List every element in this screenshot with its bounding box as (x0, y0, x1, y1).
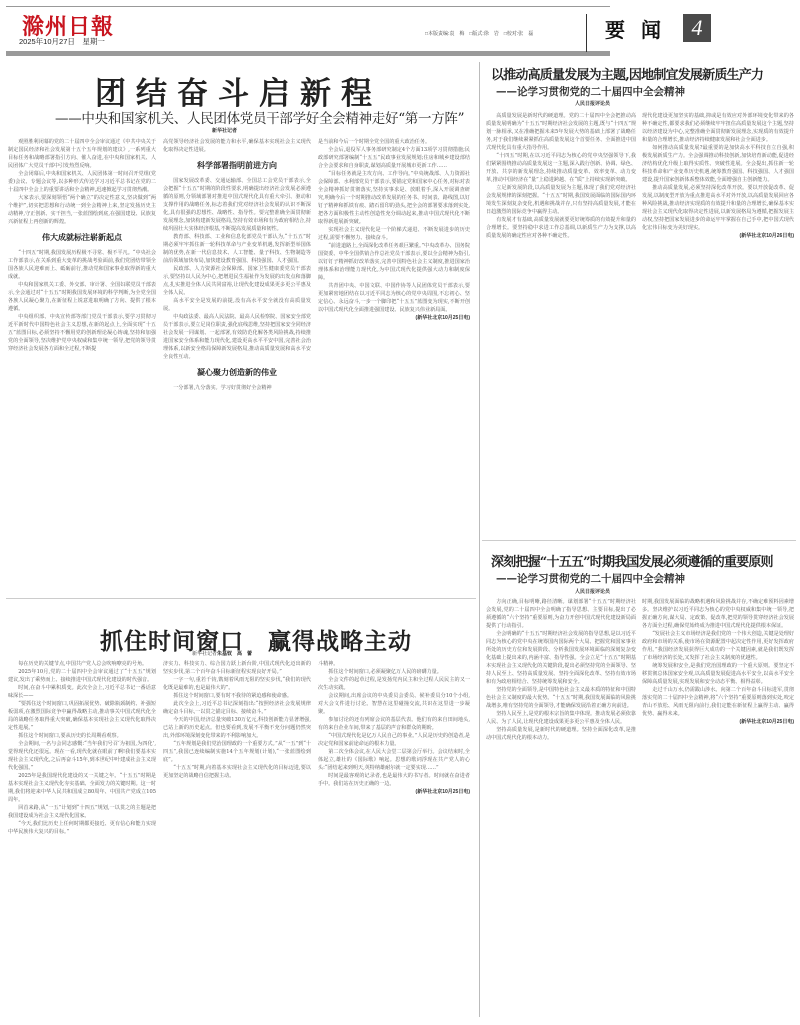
paragraph: “十五五”时期,向着基本实现社会主义现代化的目标迈进,要以更加坚定的战略自信把握… (163, 764, 311, 780)
article3-column-1: 方向正确,目标明晰,路径清晰。谋划部署“十五五”时期经济社会发展,党的二十届四中… (486, 598, 636, 1018)
paragraph: “五年规划是我们党治国理政的一个重要方式。”从“一五”到“十四五”,我国已连续编… (163, 740, 311, 764)
article1-subheadline: ——中央和国家机关、人民团体党员干部学好全会精神走好“第一方阵” (55, 107, 464, 127)
article2-byline: 人民日报评论员 (575, 100, 610, 107)
paragraph: 现代化建设更加坚实的基础,抑或是有效应对外部环境变化带来的各种不确定性,都要求我… (642, 112, 794, 144)
paragraph: 第二次全体会议,在人民大会堂二层第会厅举行。会议结束时,全体起立,雄壮的《国际歌… (318, 748, 470, 772)
paragraph: “目标任务就是主攻方向、工作导向。”中央统战部、人力资源社会保障部、水利部党员干… (318, 170, 470, 226)
paragraph: 实现社会主义现代化是一个阶梯式递进、不断发展进步的历史过程,需要不懈努力、接续奋… (318, 226, 470, 242)
masthead-rule-right (310, 51, 610, 56)
header-divider (586, 14, 587, 52)
paragraph: 一分部署,九分落实。学习好贯彻好全会精神 (163, 384, 311, 392)
paragraph: “要抓住这个时间窗口,巩固拓展优势、破除瓶颈制约、补强短板弱项,在激烈国际竞争中… (8, 700, 156, 732)
byline-names: 朱基钗 高 蕾 (217, 651, 252, 657)
paragraph: 观照胜利闭幕的党的二十届四中全会审议通过《中共中央关于制定国民经济和社会发展第十… (8, 138, 156, 170)
paragraph: 共青团中央、中国文联、中国作协等人民团体党员干部表示,要更加紧密地团结在以习近平… (318, 282, 470, 314)
article1-column-2: 高党领导经济社会发展的能力和水平,确保基本实现社会主义现代化取得决定性进展。 科… (163, 138, 311, 593)
paragraph: 坚持人民至上,是党的根本宗旨的集中体现。推动发展必须依靠人民、为了人民,让现代化… (486, 710, 636, 726)
article4-column-3: 斗精神。 抓住这个时间窗口,必须凝聚亿万人民的磅礴力量。 全会文件的起草过程,是… (318, 660, 470, 1018)
article-divider-right (482, 540, 796, 541)
paragraph: 时期,我国发展面临的战略机遇和风险挑战并存,不确定难预料因素增多。坚决维护以习近… (642, 598, 794, 630)
paragraph: 中央政法委、最高人民法院、最高人民检察院、国家安全部党员干部表示,要立足岗位职责… (163, 313, 311, 361)
paragraph: 如何推动高质量发展?最重要的是加快高水平科技自立自强,积极发展新质生产力。全会强… (642, 144, 794, 184)
page-number-badge: 4 (683, 14, 711, 42)
paragraph: 高党领导经济社会发展的能力和水平,确保基本实现社会主义现代化取得决定性进展。 (163, 138, 311, 154)
paragraph: 全会明确的“十五五”时期经济社会发展的指导思想,是以习近平同志为核心的党中央在统… (486, 630, 636, 686)
section-title: 要闻 (605, 14, 677, 43)
editor-credits: □本版责编:袁 梅 □版式:徐 岩 □校对:张 磊 (425, 30, 533, 37)
dateline: (新华社北京10月25日电) (642, 718, 794, 726)
paragraph: 2025年10月,党的二十届四中全会审议通过了“十五五”规划建议,发出了乘势而上… (8, 668, 156, 684)
paragraph: 方向正确,目标明晰,路径清晰。谋划部署“十五五”时期经济社会发展,党的二十届四中… (486, 598, 636, 630)
paragraph: 2025年是我国现代化建设的又一关键之年。“十五五”时期是基本实现社会主义现代化… (8, 772, 156, 804)
paragraph: 全会后,退役军人事务部研究制定4个方面13项学习贯彻措施;民政部研究部署编制“十… (318, 146, 470, 170)
issue-date: 2025年10月27日 星期一 (19, 36, 105, 47)
paragraph: 走过千山万水,仍需跋山涉水。向第二个百年奋斗目标进军,贯彻落实党的二十届四中全会… (642, 686, 794, 718)
paragraph: 统筹发展和安全,是我们党治国理政的一个重大原则。要坚定不移贯彻总体国家安全观,以… (642, 662, 794, 686)
paragraph: 中央和国家机关工委、外交部、审计署、全国妇联党员干部表示,全会通过对“十五五”时… (8, 281, 156, 313)
paragraph: “十四五”时期,我国发展历程极不寻常、极不平凡。“中央社会工作部表示,在关系到重… (8, 249, 156, 281)
paragraph: 每在历史的关键节点,中国共产党人总会吹响嘹亮的号角。 (8, 660, 156, 668)
paragraph: 抓住这个时间窗口,要有时不我待的紧迫感和使命感。 (163, 692, 311, 700)
paragraph: 会议期间,出席会议的中央委员会委员、候补委员分10个小组,对大会文件进行讨论。智… (318, 692, 470, 716)
column-divider (479, 62, 480, 1017)
article2-subheadline: ——论学习贯彻党的二十届四中全会精神 (496, 84, 685, 99)
dateline: (新华社北京10月26日电) (642, 232, 794, 240)
article2-column-2: 现代化建设更加坚实的基础,抑或是有效应对外部环境变化带来的各种不确定性,都要求我… (642, 112, 794, 534)
article4-column-2: 济实力、科技实力、综合国力跃上新台阶,中国式现代化迈出新的坚实步伐,第二个百年奋… (163, 660, 311, 1018)
paragraph: 斗精神。 (318, 660, 470, 668)
article3-column-2: 时期,我国发展面临的战略机遇和风险挑战并存,不确定难预料因素增多。坚决维护以习近… (642, 598, 794, 1018)
paragraph: 时间是最客观的记录者,也是最伟大的书写者。时间就在奋进者手中。我们站在历史正确的… (318, 772, 470, 788)
masthead-rule (6, 51, 310, 56)
paragraph: 是当前和今后一个时期全党全国的重大政治任务。 (318, 138, 470, 146)
paragraph: 有发展才有基础,高质量发展就要更好统筹质的有效提升和量的合理增长。要坚持稳中求进… (486, 216, 636, 240)
paragraph: 时间,在奋斗中累积质变。此次全会上,习近平总书记一番话意味深长—— (8, 684, 156, 700)
paragraph: 济实力、科技实力、综合国力跃上新台阶,中国式现代化迈出新的坚实步伐,第二个百年奋… (163, 660, 311, 676)
paragraph: 立足新发展阶段,以高质量发展为主题,体现了我们党对经济社会发展规律的深刻把握。“… (486, 184, 636, 216)
paragraph: 全会闭幕后,中央和国家机关、人民团体第一时间召开党组(党委)会议、专题会议等,以… (8, 170, 156, 194)
article3-byline: 人民日报评论员 (575, 588, 610, 595)
paragraph: 此次全会上,习近平总书记深刻指出:“按照经济社会发展规律确定奋斗目标,一以贯之锚… (163, 700, 311, 716)
paragraph: 高质量发展是新时代的硬道理。党的二十届四中全会把推动高质量发展明确为“十五五”时… (486, 112, 636, 152)
paragraph: “中国式现代化是亿万人民自己的事业。”人民是历史的创造者,是决定党和国家前途命运… (318, 732, 470, 748)
paragraph: 坚持高质量发展,是新时代的硬道理。坚持全面深化改革,是推动中国式现代化的根本动力… (486, 726, 636, 742)
paragraph: “今天,我们比历史上任何时期都更接近、更有信心和能力实现中华民族伟大复兴的目标。… (8, 820, 156, 836)
paragraph: 大家表示,要深刻领悟“两个确立”的决定性意义,坚决做到“两个维护”,切实把思想和… (8, 194, 156, 226)
dateline: (新华社北京10月25日电) (318, 314, 470, 322)
section-heading: 伟大成就标注崭新起点 (8, 233, 156, 243)
article4-headline: 抓住时间窗口 赢得战略主动 (100, 623, 412, 656)
article2-headline: 以推动高质量发展为主题,因地制宜发展新质生产力 (491, 64, 763, 83)
article3-subheadline: ——论学习贯彻党的二十届四中全会精神 (496, 571, 685, 586)
paragraph: 今天的中国,经济总量突破130万亿元,科技创新能力显著增强,已站上新的历史起点。… (163, 716, 311, 740)
paragraph: 高水平安全是发展的前提,没有高水平安全就没有高质量发展。 (163, 297, 311, 313)
paragraph: 一字一句,重若千钧,镌刻着风雨无阻的坚实步伐,“我们的现代化既是最难的,也是最伟… (163, 676, 311, 692)
paragraph: 抓住这个时间窗口,必须凝聚亿万人民的磅礴力量。 (318, 668, 470, 676)
article1-column-3: 是当前和今后一个时期全党全国的重大政治任务。 全会后,退役军人事务部研究制定4个… (318, 138, 470, 593)
paragraph: “十四五”时期,在以习近平同志为核心的党中央坚强领导下,我们紧紧围绕推动高质量发… (486, 152, 636, 184)
byline-prefix: 新华社记者 (192, 651, 217, 657)
paragraph: 国家发展改革委、交通运输部、全国总工会党员干部表示,全会把握“十五五”时期的阶段… (163, 177, 311, 233)
paragraph: 抓住这个时间窗口,要从历史的长周期看观察。 (8, 732, 156, 740)
article-divider-left (6, 598, 476, 599)
article1-column-1: 观照胜利闭幕的党的二十届四中全会审议通过《中共中央关于制定国民经济和社会发展第十… (8, 138, 156, 593)
article1-byline: 新华社记者 (212, 127, 237, 134)
article4-byline: 新华社记者朱基钗 高 蕾 (192, 650, 252, 657)
paragraph: 坚持党的全面领导,是中国特色社会主义最本质的特征和中国特色社会主义制度的最大优势… (486, 686, 636, 710)
paragraph: 教育部、科技部、工业和信息化部党员干部认为,“十五五”时期必须牢牢抓住新一轮科技… (163, 233, 311, 265)
article2-column-1: 高质量发展是新时代的硬道理。党的二十届四中全会把推动高质量发展明确为“十五五”时… (486, 112, 636, 534)
section-heading: 凝心聚力创造新的伟业 (163, 368, 311, 378)
paragraph: 回首来路,从“一五”计划到“十四五”规划,一以贯之的主题是把我国建设成为社会主义… (8, 804, 156, 820)
paragraph: 推动高质量发展,必须坚持深化改革开放。要以开放促改革、促发展,以制度型开放为重点… (642, 184, 794, 232)
paragraph: “发展社会主义市场经济是我们党的一个伟大创造,关键是处理好政府和市场的关系,使市… (642, 630, 794, 662)
dateline: (新华社北京10月25日电) (318, 788, 470, 796)
article3-headline: 深刻把握“十五五”时期我国发展必须遵循的重要原则 (491, 551, 773, 570)
paragraph: 全会期间,一名与会同志感慨:“当年我们号召‘为祖国,为四化’,觉得现代化还很远。… (8, 740, 156, 772)
paragraph: 参加讨论的还有列席会议的基层代表。他们有的来自田间地头,有的来自企业车间,带来了… (318, 716, 470, 732)
section-heading: 科学部署指明前进方向 (163, 161, 311, 171)
article4-column-1: 每在历史的关键节点,中国共产党人总会吹响嘹亮的号角。 2025年10月,党的二十… (8, 660, 156, 1018)
paragraph: 全会文件的起草过程,是发扬党内民主和全过程人民民主的又一次生动实践。 (318, 676, 470, 692)
paragraph: “前进道路上,全面深化改革任务艰巨繁重。”中央改革办、国务院国资委、中华全国供销… (318, 242, 470, 282)
paragraph: 民政部、人力资源社会保障部、国家卫生健康委党员干部表示,要坚持以人民为中心,把增… (163, 265, 311, 297)
paragraph: 中央组织部、中央宣传部等部门党员干部表示,要学习贯彻习近平新时代中国特色社会主义… (8, 313, 156, 353)
